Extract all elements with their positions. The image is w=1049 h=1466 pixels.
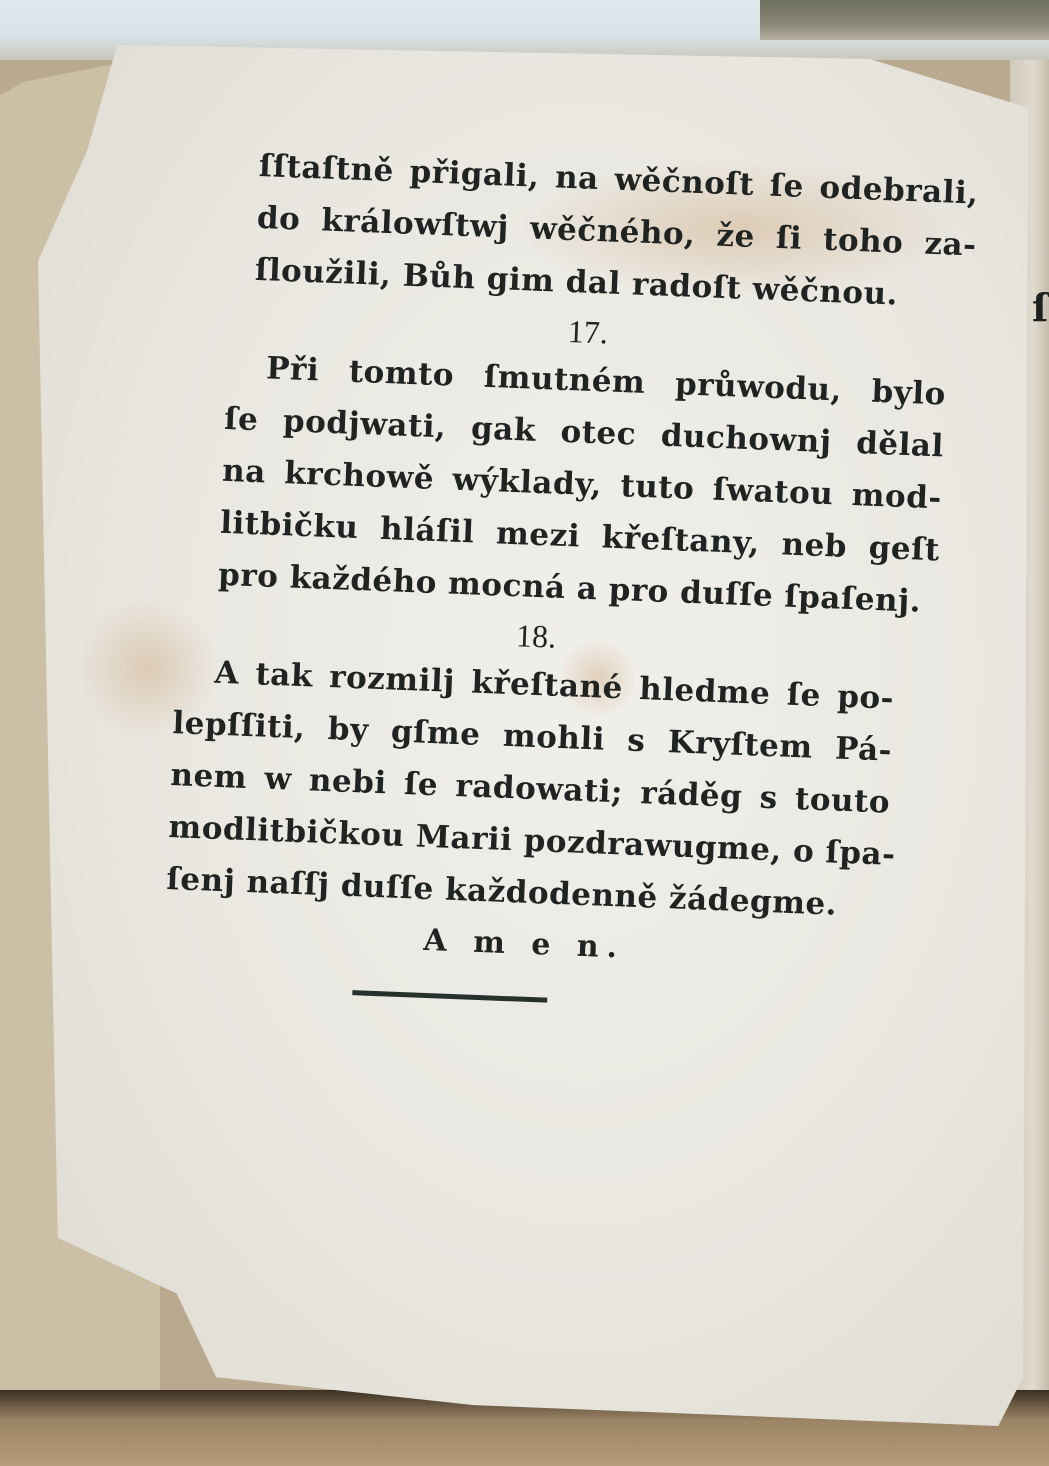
section-18: 18. A tak rozmilj křeſtané hledme ſe po-…: [162, 599, 896, 1015]
background-shadow: [760, 0, 1049, 40]
page-text: ſſtaſtně přigali, na wěčnoſt ſe odebrali…: [227, 140, 979, 1018]
section-17: 17. Při tomto ſmutném průwodu, bylo ſe p…: [217, 295, 948, 628]
facing-page-letter: ſ: [1032, 285, 1048, 330]
continuation-paragraph: ſſtaſtně přigali, na wěčnoſt ſe odebrali…: [254, 140, 979, 324]
